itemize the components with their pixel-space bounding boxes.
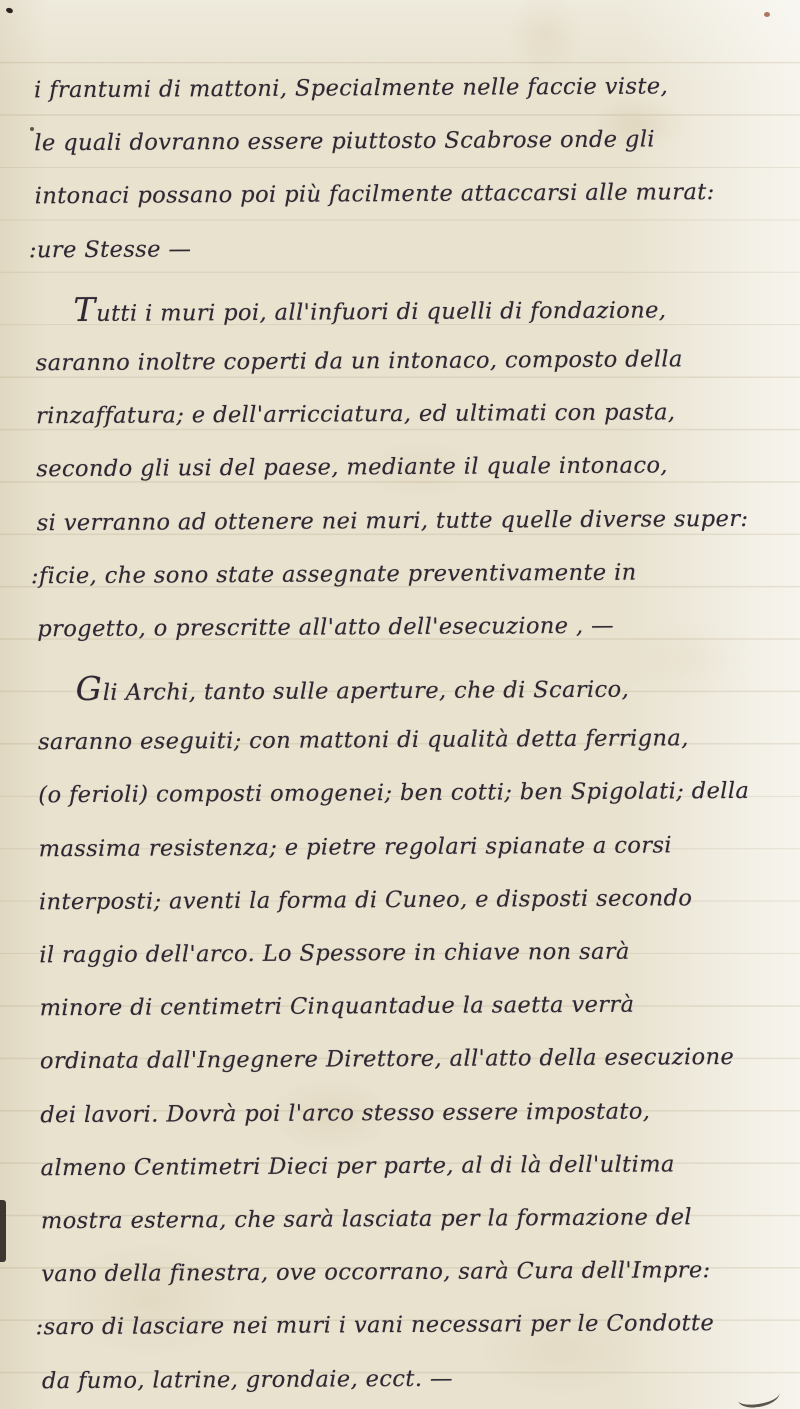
paragraph-continuation: i frantumi di mattoni, Specialmente nell… — [34, 60, 771, 277]
manuscript-line: saranno eseguiti; con mattoni di qualità… — [38, 712, 774, 770]
manuscript-page: { "document": { "kind": "handwritten-man… — [0, 0, 800, 1409]
paragraph-walls-plaster: Tutti i muri poi, all'infuori di quelli … — [35, 280, 773, 657]
manuscript-line: le quali dovranno essere piuttosto Scabr… — [34, 113, 770, 171]
manuscript-line: intonaci possano poi più facilmente atta… — [35, 166, 771, 224]
manuscript-line: i frantumi di mattoni, Specialmente nell… — [34, 60, 770, 118]
manuscript-line: (o ferioli) composti omogenei; ben cotti… — [38, 765, 774, 823]
manuscript-line: mostra esterna, che sarà lasciata per la… — [41, 1191, 777, 1249]
manuscript-line: Tutti i muri poi, all'infuori di quelli … — [35, 280, 771, 338]
manuscript-line: Gli Archi, tanto sulle aperture, che di … — [38, 659, 774, 717]
manuscript-line: secondo gli usi del paese, mediante il q… — [36, 439, 772, 497]
manuscript-line: dei lavori. Dovrà poi l'arco stesso esse… — [40, 1084, 776, 1142]
manuscript-line: interposti; aventi la forma di Cuneo, e … — [39, 872, 775, 930]
manuscript-line: saranno inoltre coperti da un intonaco, … — [36, 333, 772, 391]
paragraph-arches: Gli Archi, tanto sulle aperture, che di … — [38, 659, 779, 1408]
manuscript-text: i frantumi di mattoni, Specialmente nell… — [34, 60, 778, 1409]
manuscript-line: almeno Centimetri Dieci per parte, al di… — [40, 1137, 776, 1195]
manuscript-line: progetto, o prescritte all'atto dell'ese… — [37, 599, 773, 657]
manuscript-line: il raggio dell'arco. Lo Spessore in chia… — [39, 925, 775, 983]
paper-background: i frantumi di mattoni, Specialmente nell… — [0, 0, 800, 1409]
manuscript-line: minore di centimetri Cinquantadue la sae… — [39, 978, 775, 1036]
foxing-speck — [764, 12, 770, 17]
manuscript-line: :ficie, che sono state assegnate prevent… — [37, 545, 773, 603]
manuscript-line: :saro di lasciare nei muri i vani necess… — [41, 1297, 777, 1355]
ink-speck — [30, 127, 34, 131]
manuscript-line: rinzaffatura; e dell'arricciatura, ed ul… — [36, 386, 772, 444]
manuscript-line: ordinata dall'Ingegnere Direttore, all'a… — [40, 1031, 776, 1089]
manuscript-line: :ure Stesse — — [35, 219, 771, 277]
manuscript-line: massima resistenza; e pietre regolari sp… — [39, 818, 775, 876]
ink-speck — [5, 7, 13, 14]
page-edge-shadow — [0, 1200, 6, 1262]
manuscript-line: vano della finestra, ove occorrano, sarà… — [41, 1244, 777, 1302]
manuscript-line: da fumo, latrine, grondaie, ecct. — — [42, 1350, 778, 1408]
manuscript-line: si verranno ad ottenere nei muri, tutte … — [37, 492, 773, 550]
